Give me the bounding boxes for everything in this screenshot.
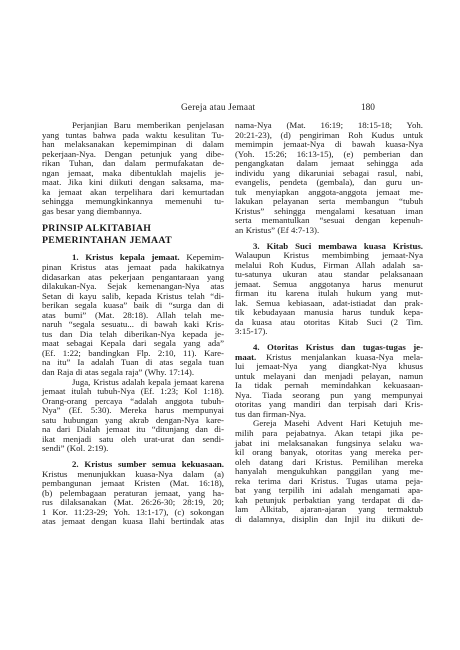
paragraph: 4. Otoritas Kristus dan tugas-tugas je-m… <box>235 343 423 419</box>
text-line: gas besar yang diembannya. <box>42 207 224 217</box>
text-line: sendi” (Kol. 2:19). <box>42 444 224 454</box>
text-line: atas jemaat dengan kuasa Ilahi bertindak… <box>42 517 224 527</box>
paragraph: Gereja Masehi Advent Hari Ketujuh me-mil… <box>235 419 423 524</box>
paragraph: nama-Nya (Mat. 16:19; 18:15-18; Yoh.20:2… <box>235 121 423 236</box>
bold-lead: 1. Kristus kepala jemaat. <box>72 252 180 262</box>
text-line: 3:15-17). <box>235 327 423 337</box>
book-page: Gereja atau Jemaat 180 Perjanjian Baru m… <box>0 0 460 650</box>
text-line: PRINSIP ALKITABIAH <box>42 223 224 235</box>
bold-lead: 3. Kitab Suci membawa kuasa Kristus. <box>253 241 423 251</box>
text-line: di dalamnya, disiplin dan Injil itu diik… <box>235 515 423 525</box>
text-line: PEMERINTAHAN JEMAAT <box>42 235 224 247</box>
paragraph: 3. Kitab Suci membawa kuasa Kristus.Wala… <box>235 242 423 337</box>
bold-lead: 2. Kristus sumber semua kekuasaan. <box>72 459 224 469</box>
paragraph: Juga, Kristus adalah kepala jemaat karen… <box>42 378 224 454</box>
paragraph: 1. Kristus kepala jemaat. Kepemim-pinan … <box>42 253 224 377</box>
bold-lead: maat. <box>235 352 256 362</box>
paragraph: Perjanjian Baru memberikan penjelasanyan… <box>42 121 224 216</box>
paragraph: 2. Kristus sumber semua kekuasaan.Kristu… <box>42 460 224 527</box>
running-title: Gereja atau Jemaat <box>181 103 255 113</box>
section-heading: PRINSIP ALKITABIAHPEMERINTAHAN JEMAAT <box>42 223 224 246</box>
page-number: 180 <box>361 103 375 113</box>
text-column-right: nama-Nya (Mat. 16:19; 18:15-18; Yoh.20:2… <box>235 121 423 524</box>
bold-lead: 4. Otoritas Kristus dan tugas-tugas je- <box>253 342 423 352</box>
text-column-left: Perjanjian Baru memberikan penjelasanyan… <box>42 121 224 527</box>
text-line: an Kristus” (Ef 4:7-13). <box>235 226 423 236</box>
